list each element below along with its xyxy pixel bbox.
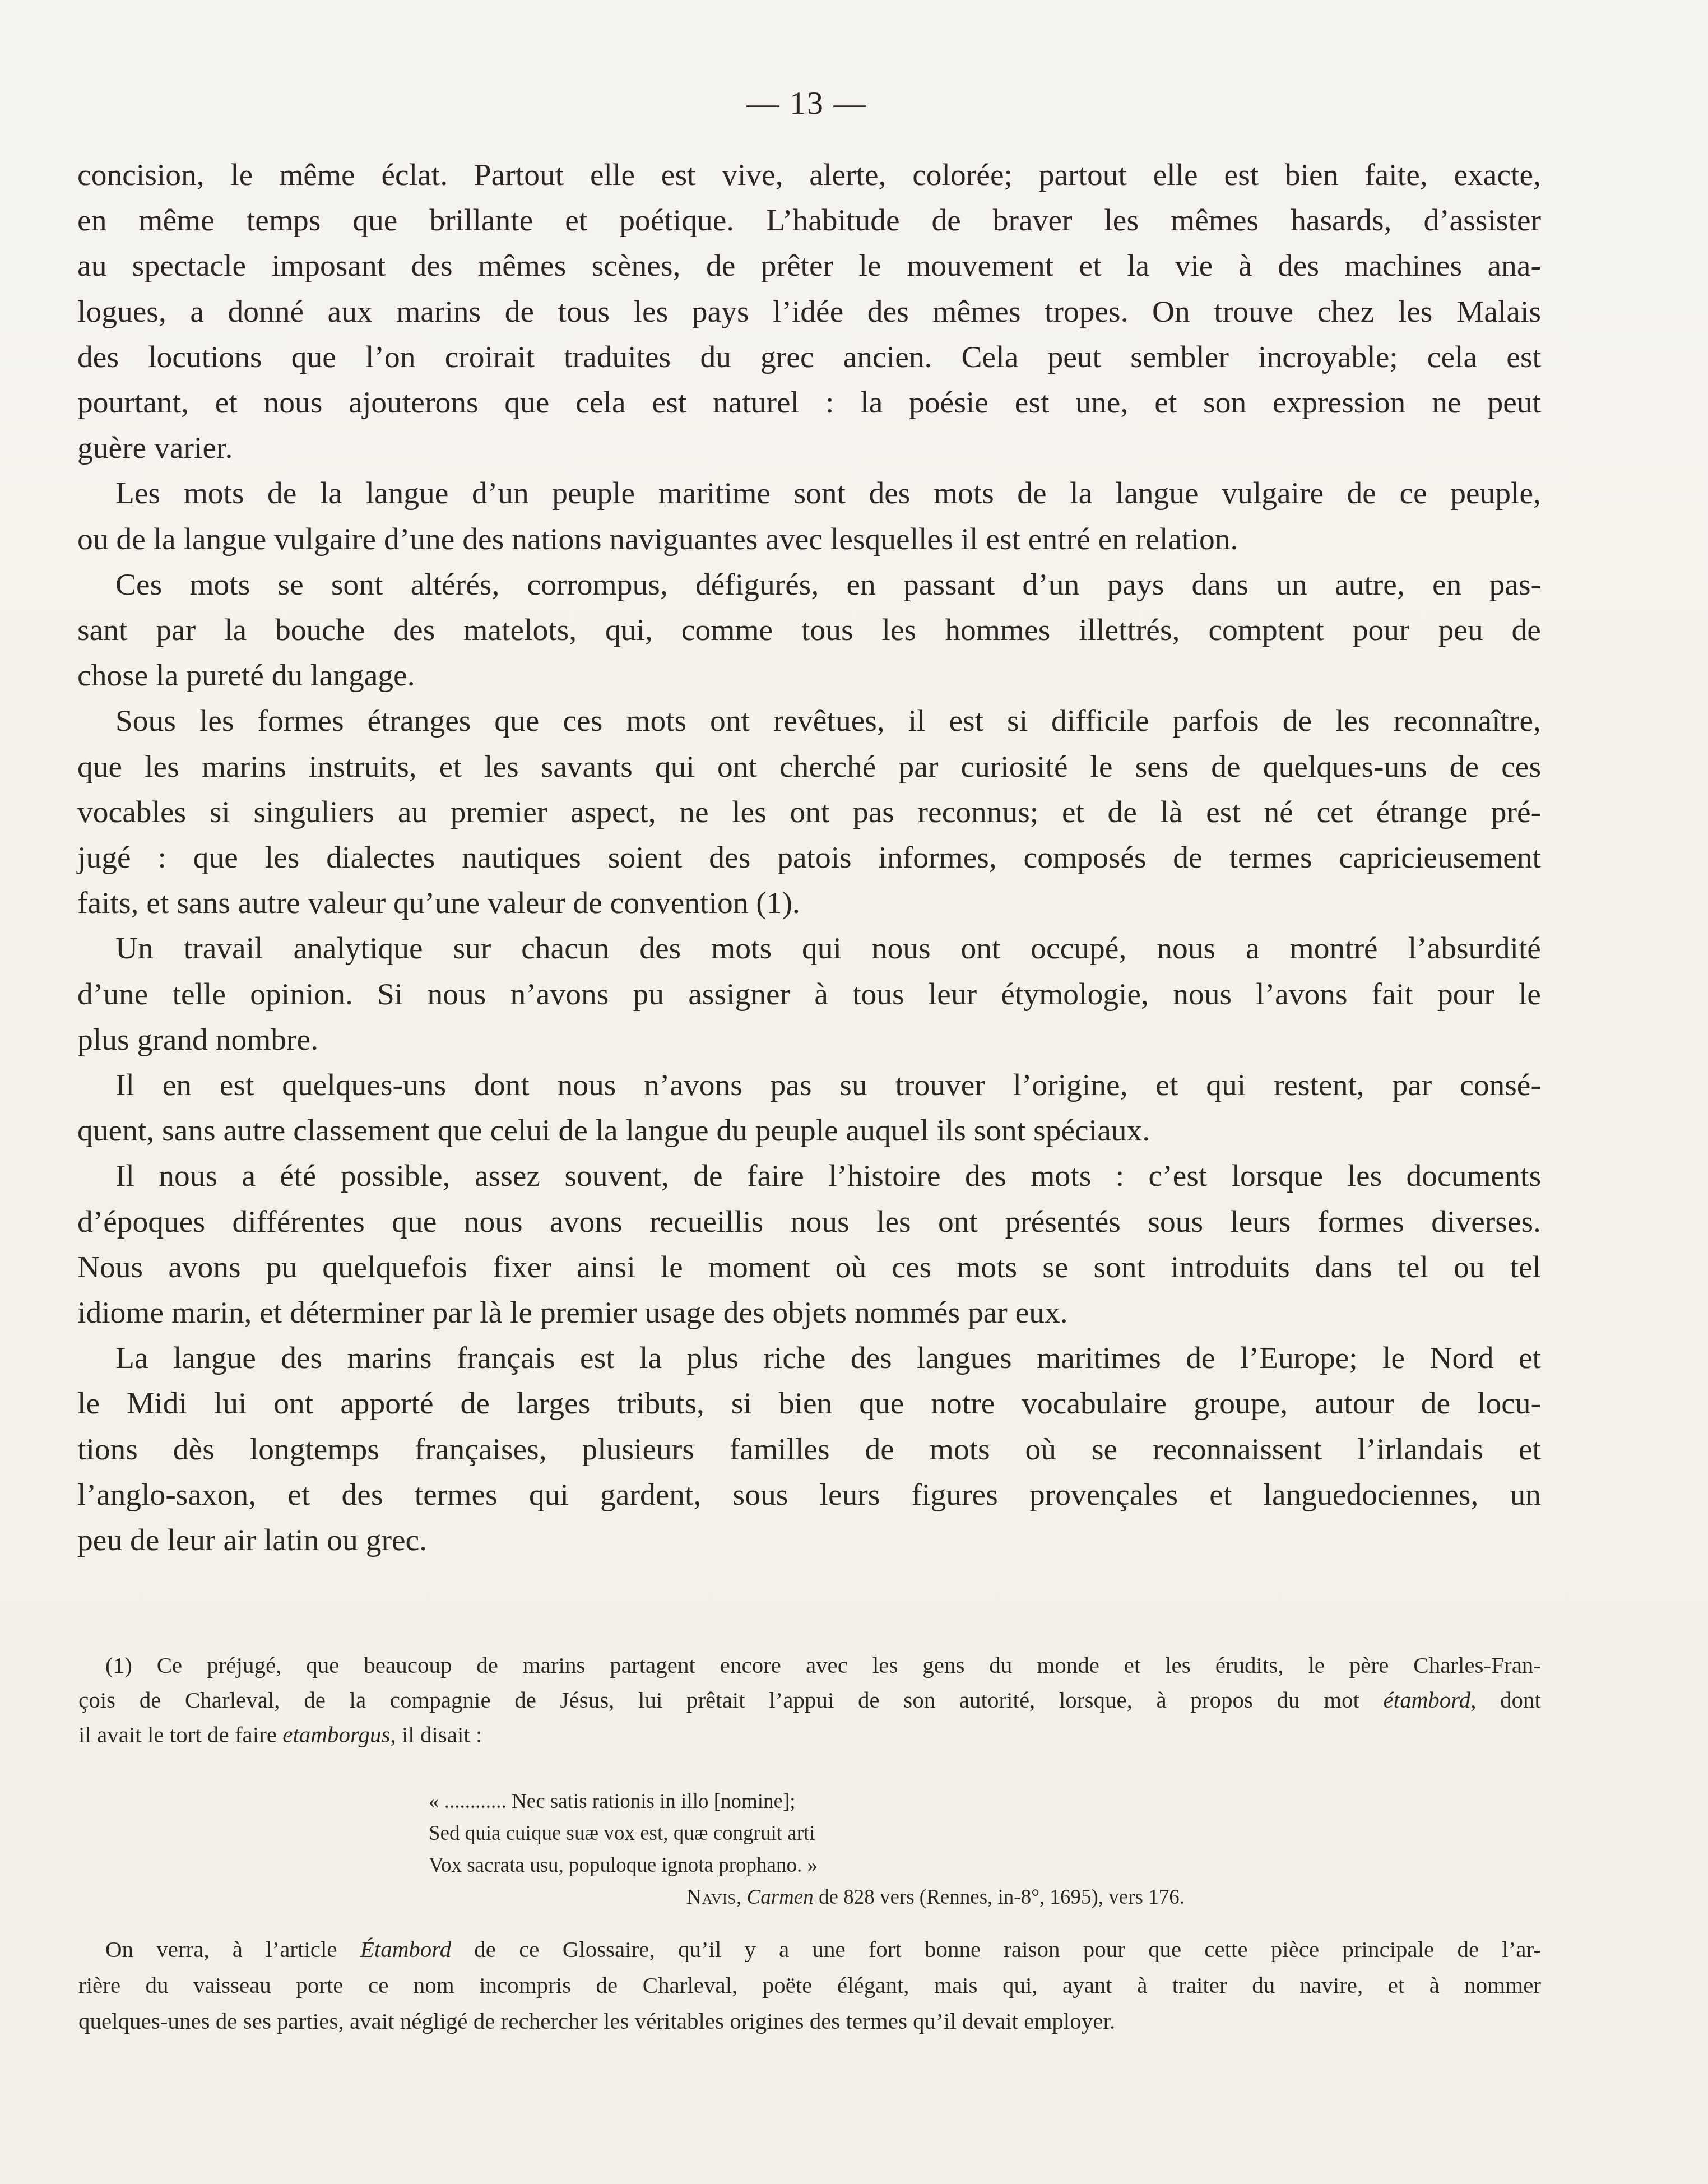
text-line: peu de leur air latin ou grec. — [77, 1518, 1541, 1563]
paragraph: Sous les formes étranges que ces mots on… — [77, 698, 1541, 926]
text-line: Les mots de la langue d’un peuple mariti… — [77, 471, 1541, 516]
footnote-line: çois de Charleval, de la compagnie de Jé… — [78, 1682, 1541, 1717]
text-line: La langue des marins français est la plu… — [77, 1336, 1541, 1381]
text-line: jugé : que les dialectes nautiques soien… — [77, 835, 1541, 880]
italic-term: Étambord — [360, 1936, 451, 1962]
verse-line: Vox sacrata usu, populoque ignota propha… — [429, 1849, 818, 1881]
text-line: quent, sans autre classement que celui d… — [77, 1108, 1541, 1153]
text-line: faits, et sans autre valeur qu’une valeu… — [77, 880, 1541, 926]
text-line: des locutions que l’on croirait traduite… — [77, 335, 1541, 380]
text-line: Il en est quelques-uns dont nous n’avons… — [77, 1063, 1541, 1108]
italic-term: étambord — [1384, 1687, 1471, 1713]
text-line: le Midi lui ont apporté de larges tribut… — [77, 1381, 1541, 1426]
text-line: Un travail analytique sur chacun des mot… — [77, 926, 1541, 971]
verse-line: Sed quia cuique suæ vox est, quæ congrui… — [429, 1817, 818, 1849]
text-line: que les marins instruits, et les savants… — [77, 744, 1541, 790]
verse-line: « ............ Nec satis rationis in ill… — [429, 1786, 818, 1817]
paragraph: concision, le même éclat. Partout elle e… — [77, 152, 1541, 471]
paragraph: Ces mots se sont altérés, corrompus, déf… — [77, 562, 1541, 699]
text-line: sant par la bouche des matelots, qui, co… — [77, 608, 1541, 653]
text-line: logues, a donné aux marins de tous les p… — [77, 289, 1541, 335]
text-line: d’époques différentes que nous avons rec… — [77, 1199, 1541, 1245]
paragraph: Il en est quelques-uns dont nous n’avons… — [77, 1063, 1541, 1153]
text-line: concision, le même éclat. Partout elle e… — [77, 152, 1541, 198]
page-number: — 13 — — [0, 84, 1614, 122]
verse-citation: Navis, Carmen de 828 vers (Rennes, in-8°… — [686, 1881, 1185, 1913]
paragraph: Il nous a été possible, assez souvent, d… — [77, 1153, 1541, 1336]
latin-verse-quote: « ............ Nec satis rationis in ill… — [429, 1786, 818, 1881]
text-line: chose la pureté du langage. — [77, 653, 1541, 698]
text-line: guère varier. — [77, 425, 1541, 471]
text-line: plus grand nombre. — [77, 1017, 1541, 1063]
italic-term: etamborgus — [282, 1722, 390, 1747]
citation-title: Carmen — [747, 1886, 814, 1909]
footnote-line: il avait le tort de faire etamborgus, il… — [78, 1717, 1541, 1752]
text-line: pourtant, et nous ajouterons que cela es… — [77, 380, 1541, 425]
book-page: — 13 — concision, le même éclat. Partout… — [0, 0, 1708, 2184]
paragraph: La langue des marins français est la plu… — [77, 1336, 1541, 1563]
text-line: idiome marin, et déterminer par là le pr… — [77, 1290, 1541, 1336]
footnote-line: On verra, à l’article Étambord de ce Glo… — [78, 1931, 1541, 1967]
footnote: (1) Ce préjugé, que beaucoup de marins p… — [78, 1648, 1541, 1752]
text-line: tions dès longtemps françaises, plusieur… — [77, 1427, 1541, 1472]
paragraph: Un travail analytique sur chacun des mot… — [77, 926, 1541, 1063]
text-line: l’anglo-saxon, et des termes qui gardent… — [77, 1472, 1541, 1518]
text-line: d’une telle opinion. Si nous n’avons pu … — [77, 972, 1541, 1017]
text-line: Nous avons pu quelquefois fixer ainsi le… — [77, 1245, 1541, 1290]
text-line: au spectacle imposant des mêmes scènes, … — [77, 243, 1541, 289]
main-text: concision, le même éclat. Partout elle e… — [77, 152, 1541, 1563]
footnote-line: quelques-unes de ses parties, avait négl… — [78, 2003, 1541, 2039]
text-line: vocables si singuliers au premier aspect… — [77, 790, 1541, 835]
text-line: Ces mots se sont altérés, corrompus, déf… — [77, 562, 1541, 608]
text-line: en même temps que brillante et poétique.… — [77, 198, 1541, 243]
footnote-line: rière du vaisseau porte ce nom incompris… — [78, 1967, 1541, 2003]
text-line: Sous les formes étranges que ces mots on… — [77, 698, 1541, 744]
footnote-line: (1) Ce préjugé, que beaucoup de marins p… — [78, 1648, 1541, 1682]
paragraph: Les mots de la langue d’un peuple mariti… — [77, 471, 1541, 562]
text-line: Il nous a été possible, assez souvent, d… — [77, 1153, 1541, 1199]
citation-author: Navis — [686, 1886, 736, 1909]
footnote-remark: On verra, à l’article Étambord de ce Glo… — [78, 1931, 1541, 2039]
text-line: ou de la langue vulgaire d’une des natio… — [77, 517, 1541, 562]
footnote-marker: (1) — [105, 1652, 132, 1678]
